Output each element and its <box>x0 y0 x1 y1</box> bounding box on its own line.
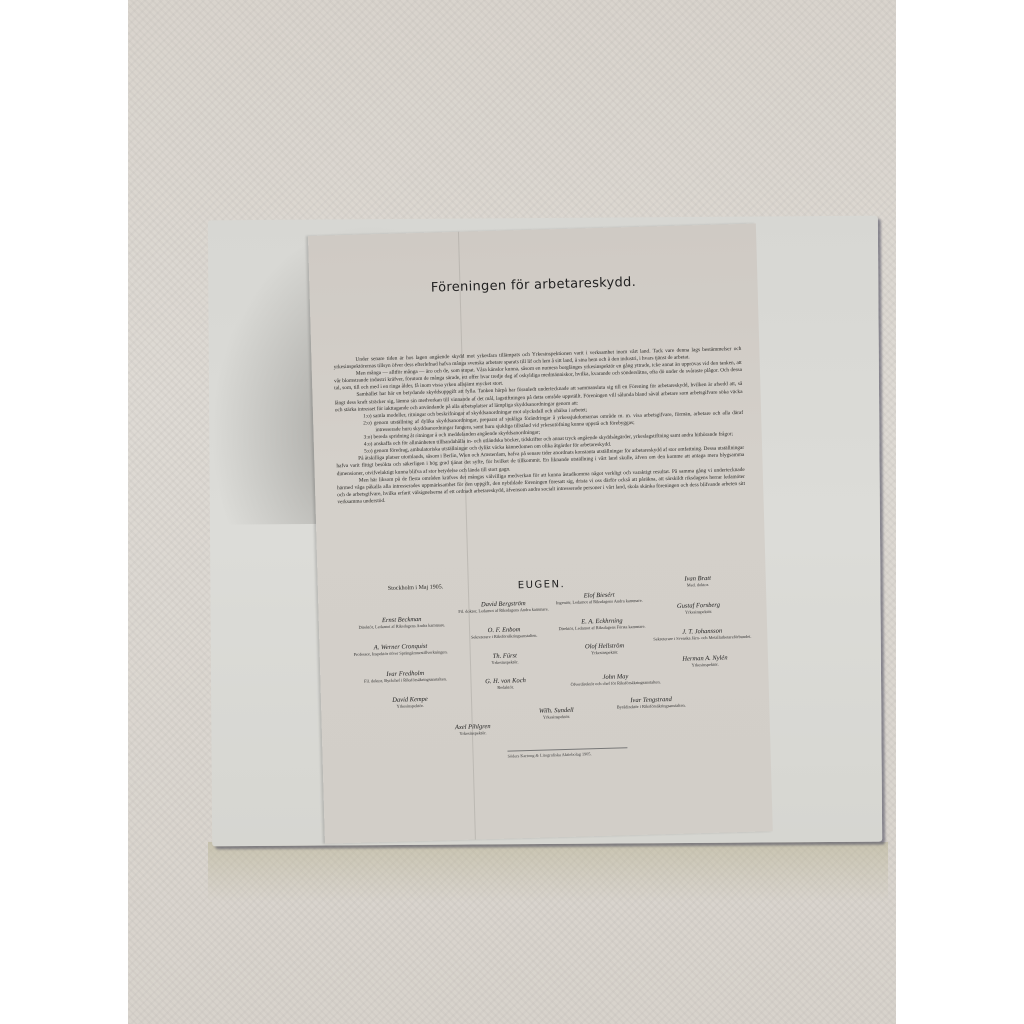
signatory: Elof Biesért Ingeniör, Ledamot af Riksda… <box>544 590 654 605</box>
signatory: David Bergström Fil. doktor, Ledamot af … <box>448 599 558 614</box>
signatory: David Kempe Yrkesinspektör. <box>355 695 465 710</box>
signoff: EUGEN. <box>518 579 566 591</box>
document-title: Föreningen för arbetareskydd. <box>309 271 757 299</box>
signatory: G. H. von Koch Redaktör. <box>450 676 560 691</box>
signatory: J. T. Johansson Sekreterare i Svenska Jä… <box>647 627 757 642</box>
photo-background: Föreningen för arbetareskydd. Under sena… <box>128 0 896 1024</box>
signatory: A. Werner Cronquist Professor, Inspektör… <box>345 642 455 657</box>
document-sheet: Föreningen för arbetareskydd. Under sena… <box>308 223 773 843</box>
signatory: Ivan Bratt Med. doktor. <box>643 574 753 589</box>
signatory: Ernst Beckman Direktör, Ledamot af Riksd… <box>347 615 457 630</box>
signatory: John May Öfverdirektör och chef för Riks… <box>560 672 670 687</box>
signatory: E. A. Eckhrning Direktör, Ledamot af Rik… <box>547 616 657 631</box>
board-shadow <box>208 842 888 902</box>
signatory: O. F. Enbom Sekreterare i Riksförsäkring… <box>449 625 559 640</box>
printer-imprint: Söders Kartong & Litografiska Aktiebolag… <box>508 751 592 758</box>
signatory: Ivar Tengstrand Byrådirektör i Riksförsä… <box>596 695 706 710</box>
place-date: Stockholm i Maj 1905. <box>388 584 443 592</box>
page-content: Föreningen för arbetareskydd. Under sena… <box>308 223 773 843</box>
signatory: Olof Hellström Yrkesinspektör. <box>549 641 659 656</box>
signatory: Ivar Fredholm Fil. doktor, Byråchef i Ri… <box>350 669 460 684</box>
signatory: Axel Pihlgren Yrkesinspektör. <box>418 722 528 737</box>
signatory: Th. Fürst Yrkesinspektör. <box>450 651 560 666</box>
signatory: Wilh. Sundell Yrkesinspektör. <box>501 706 611 721</box>
signatory: Gustaf Forsberg Yrkesinspektör. <box>643 601 753 616</box>
signatory: Herman A. Nylén Yrkesinspektör. <box>650 654 760 669</box>
body-text: Under senare tiden är hos lagen angående… <box>333 346 745 506</box>
